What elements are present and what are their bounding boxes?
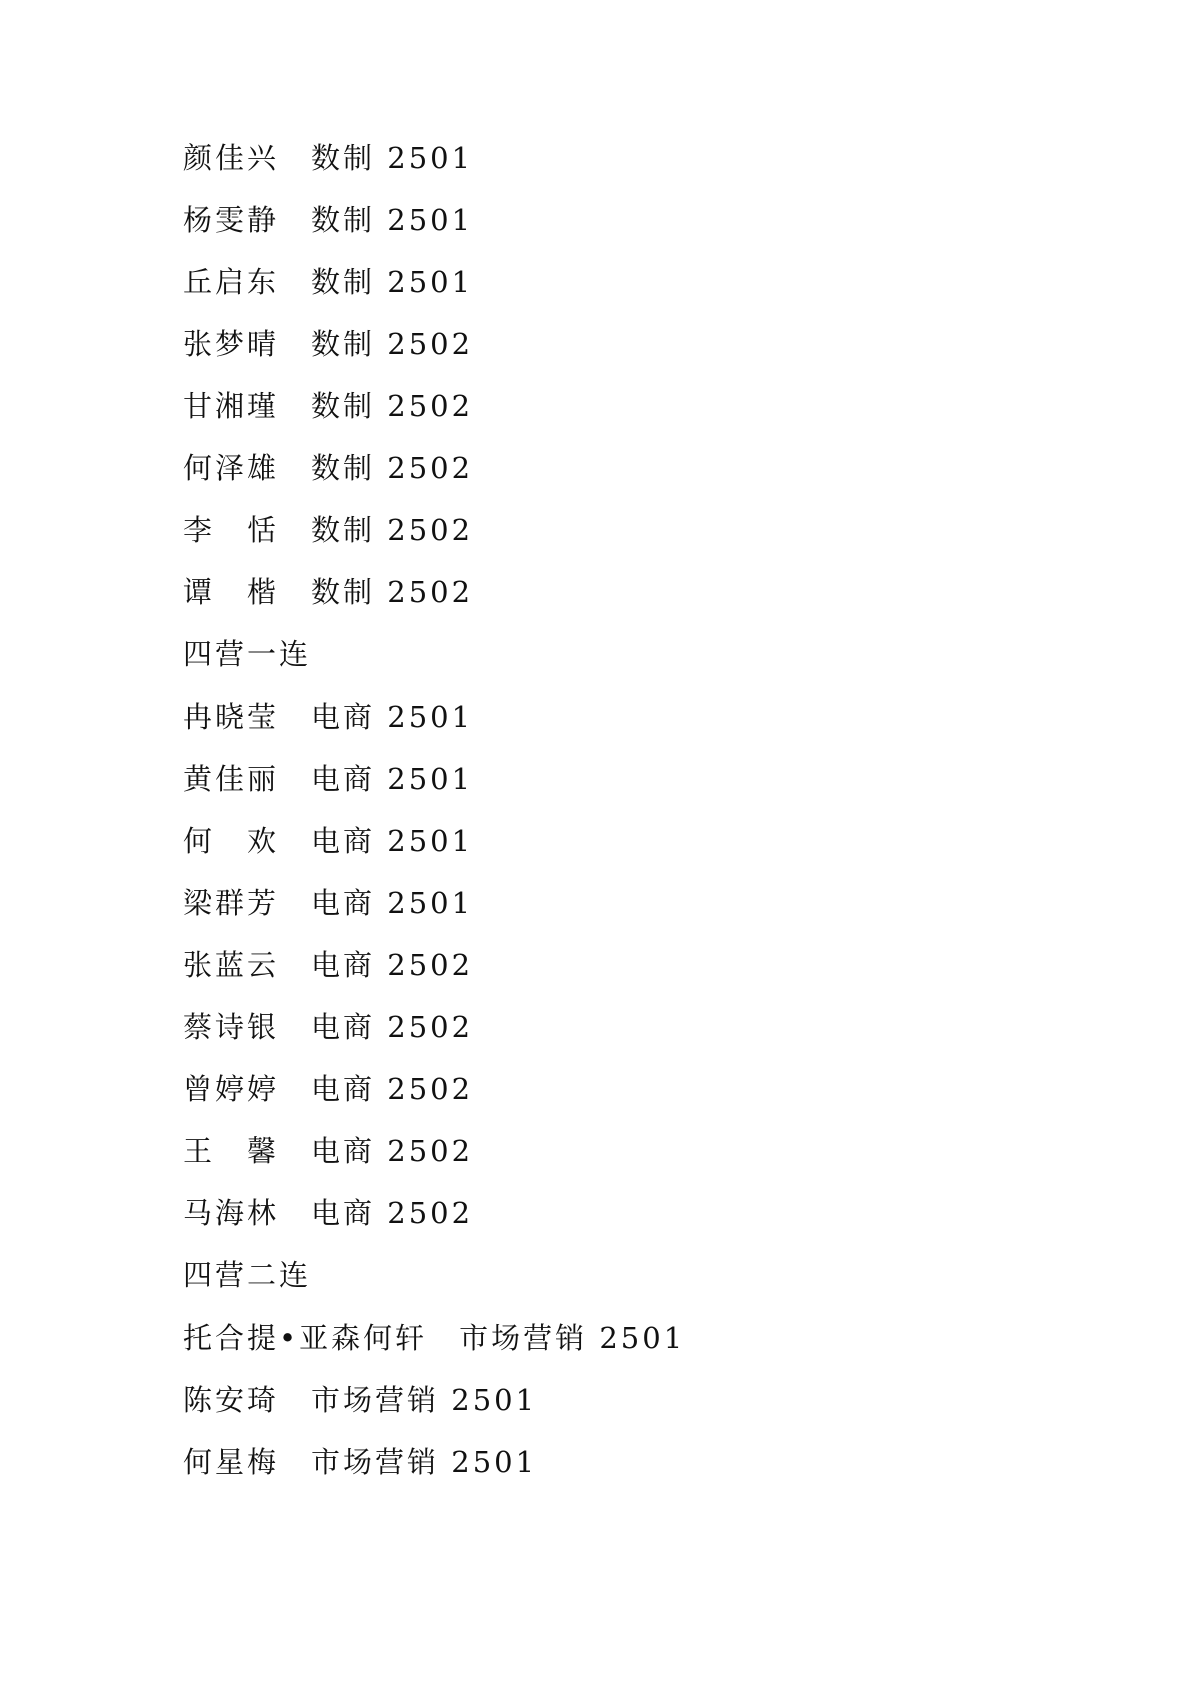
class-name: 数制 2501 (311, 140, 473, 176)
class-name: 数制 2502 (311, 574, 473, 610)
roster-entry: 蔡诗银 电商 2502 (183, 1009, 473, 1045)
spacer (279, 513, 311, 547)
class-name: 电商 2501 (311, 699, 473, 735)
roster-entry: 何星梅 市场营销 2501 (183, 1444, 537, 1480)
roster-entry: 杨雯静 数制 2501 (183, 202, 473, 238)
spacer (279, 762, 311, 796)
student-name: 颜佳兴 (183, 140, 279, 176)
class-name: 电商 2502 (311, 1133, 473, 1169)
spacer (279, 886, 311, 920)
student-name: 谭 楷 (183, 574, 279, 610)
roster-entry: 冉晓莹 电商 2501 (183, 699, 473, 735)
roster-entry: 张蓝云 电商 2502 (183, 947, 473, 983)
student-name: 王 馨 (183, 1133, 279, 1169)
spacer (279, 1134, 311, 1168)
class-name: 电商 2501 (311, 885, 473, 921)
student-name: 陈安琦 (183, 1382, 279, 1418)
class-name: 市场营销 2501 (311, 1382, 537, 1418)
spacer (279, 203, 311, 237)
roster-entry: 曾婷婷 电商 2502 (183, 1071, 473, 1107)
spacer (279, 1010, 311, 1044)
spacer (279, 451, 311, 485)
section-heading: 四营一连 (183, 636, 311, 672)
document-page: 颜佳兴 数制 2501杨雯静 数制 2501丘启东 数制 2501张梦晴 数制 … (0, 0, 1191, 1684)
student-name: 甘湘瑾 (183, 388, 279, 424)
class-name: 数制 2502 (311, 326, 473, 362)
student-name: 张蓝云 (183, 947, 279, 983)
class-name: 数制 2501 (311, 264, 473, 300)
spacer (279, 1383, 311, 1417)
student-name: 托合提•亚森何轩 (183, 1320, 427, 1356)
student-name: 杨雯静 (183, 202, 279, 238)
roster-entry: 王 馨 电商 2502 (183, 1133, 473, 1169)
student-name: 丘启东 (183, 264, 279, 300)
student-name: 梁群芳 (183, 885, 279, 921)
class-name: 数制 2502 (311, 450, 473, 486)
class-name: 数制 2502 (311, 388, 473, 424)
spacer (279, 575, 311, 609)
student-name: 何星梅 (183, 1444, 279, 1480)
spacer (279, 141, 311, 175)
class-name: 电商 2502 (311, 1009, 473, 1045)
roster-entry: 陈安琦 市场营销 2501 (183, 1382, 537, 1418)
spacer (279, 1072, 311, 1106)
spacer (279, 948, 311, 982)
class-name: 电商 2501 (311, 761, 473, 797)
roster-entry: 丘启东 数制 2501 (183, 264, 473, 300)
roster-entry: 甘湘瑾 数制 2502 (183, 388, 473, 424)
spacer (279, 824, 311, 858)
roster-entry: 颜佳兴 数制 2501 (183, 140, 473, 176)
roster-entry: 张梦晴 数制 2502 (183, 326, 473, 362)
spacer (279, 1196, 311, 1230)
student-name: 蔡诗银 (183, 1009, 279, 1045)
student-name: 马海林 (183, 1195, 279, 1231)
student-name: 冉晓莹 (183, 699, 279, 735)
roster-entry: 谭 楷 数制 2502 (183, 574, 473, 610)
roster-entry: 黄佳丽 电商 2501 (183, 761, 473, 797)
class-name: 市场营销 2501 (311, 1444, 537, 1480)
roster-entry: 李 恬 数制 2502 (183, 512, 473, 548)
student-name: 何 欢 (183, 823, 279, 859)
class-name: 数制 2502 (311, 512, 473, 548)
student-name: 黄佳丽 (183, 761, 279, 797)
class-name: 电商 2502 (311, 947, 473, 983)
roster-entry: 何 欢 电商 2501 (183, 823, 473, 859)
class-name: 电商 2501 (311, 823, 473, 859)
roster-entry: 马海林 电商 2502 (183, 1195, 473, 1231)
spacer (279, 389, 311, 423)
roster-entry: 何泽雄 数制 2502 (183, 450, 473, 486)
spacer (279, 327, 311, 361)
student-name: 张梦晴 (183, 326, 279, 362)
class-name: 电商 2502 (311, 1071, 473, 1107)
student-name: 何泽雄 (183, 450, 279, 486)
roster-entry: 托合提•亚森何轩 市场营销 2501 (183, 1320, 685, 1356)
spacer (279, 700, 311, 734)
class-name: 市场营销 2501 (459, 1320, 685, 1356)
spacer (279, 1445, 311, 1479)
roster-entry: 梁群芳 电商 2501 (183, 885, 473, 921)
student-name: 曾婷婷 (183, 1071, 279, 1107)
class-name: 数制 2501 (311, 202, 473, 238)
spacer (427, 1321, 459, 1355)
spacer (279, 265, 311, 299)
student-name: 李 恬 (183, 512, 279, 548)
class-name: 电商 2502 (311, 1195, 473, 1231)
section-heading: 四营二连 (183, 1257, 311, 1293)
